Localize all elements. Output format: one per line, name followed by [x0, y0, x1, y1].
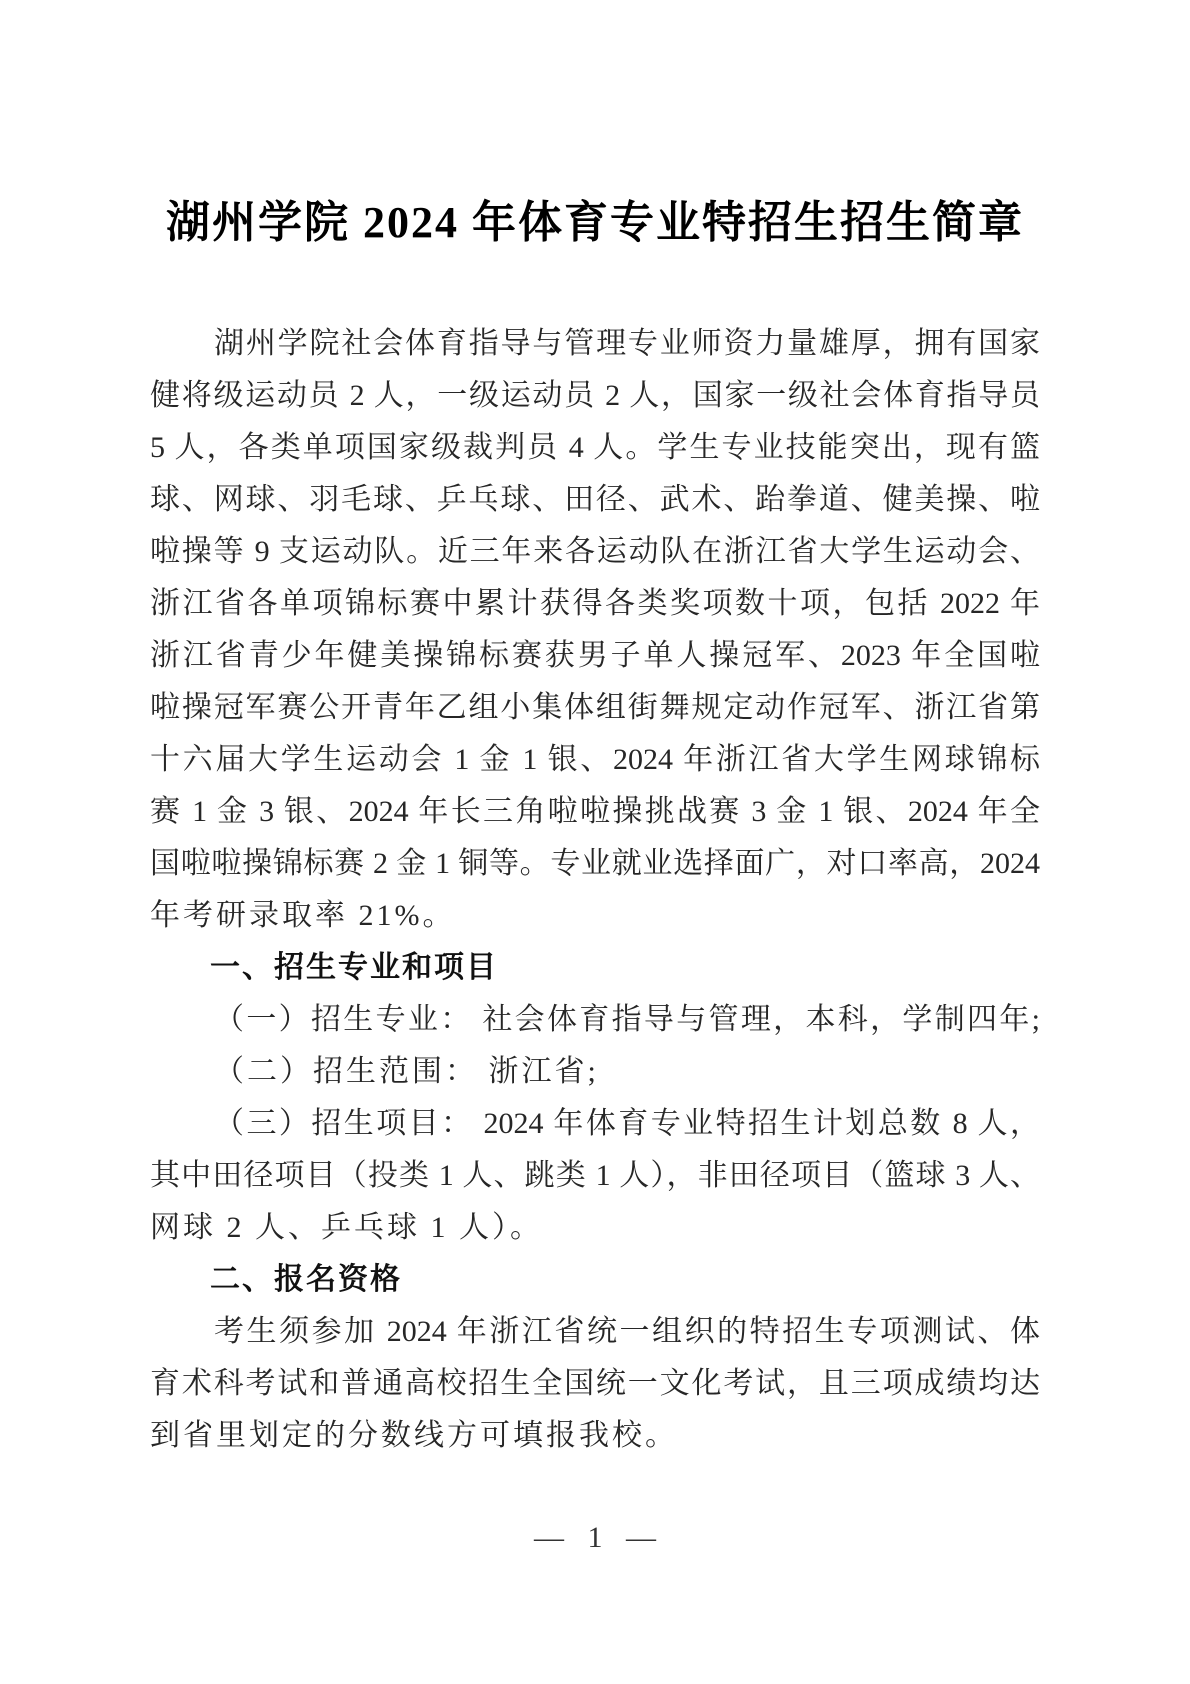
section-2-heading: 二、报名资格 [150, 1254, 1040, 1306]
intro-line: 健将级运动员 2 人，一级运动员 2 人，国家一级社会体育指导员 [150, 370, 1040, 422]
section-2-line: 到省里划定的分数线方可填报我校。 [150, 1410, 1040, 1462]
section-1-line: 网球 2 人、乒乓球 1 人）。 [150, 1202, 1040, 1254]
intro-line: 十六届大学生运动会 1 金 1 银、2024 年浙江省大学生网球锦标 [150, 734, 1040, 786]
document-body: 湖州学院社会体育指导与管理专业师资力量雄厚，拥有国家 健将级运动员 2 人，一级… [150, 318, 1040, 1462]
section-2-line: 考生须参加 2024 年浙江省统一组织的特招生专项测试、体 [150, 1306, 1040, 1358]
section-1-line: （一）招生专业： 社会体育指导与管理，本科，学制四年; [150, 994, 1040, 1046]
section-2-line: 育术科考试和普通高校招生全国统一文化考试，且三项成绩均达 [150, 1358, 1040, 1410]
page-number: — 1 — [0, 1512, 1190, 1564]
section-1-line: 其中田径项目（投类 1 人、跳类 1 人），非田径项目（篮球 3 人、 [150, 1150, 1040, 1202]
intro-line: 湖州学院社会体育指导与管理专业师资力量雄厚，拥有国家 [150, 318, 1040, 370]
intro-line: 年考研录取率 21%。 [150, 890, 1040, 942]
intro-line: 啦操等 9 支运动队。近三年来各运动队在浙江省大学生运动会、 [150, 526, 1040, 578]
intro-line: 浙江省各单项锦标赛中累计获得各类奖项数十项，包括 2022 年 [150, 578, 1040, 630]
intro-line: 球、网球、羽毛球、乒乓球、田径、武术、跆拳道、健美操、啦 [150, 474, 1040, 526]
document-page: 湖州学院 2024 年体育专业特招生招生简章 湖州学院社会体育指导与管理专业师资… [0, 0, 1190, 1684]
section-1-line: （二）招生范围： 浙江省; [150, 1046, 1040, 1098]
section-1-line: （三）招生项目： 2024 年体育专业特招生计划总数 8 人， [150, 1098, 1040, 1150]
document-title: 湖州学院 2024 年体育专业特招生招生简章 [150, 190, 1040, 256]
intro-line: 赛 1 金 3 银、2024 年长三角啦啦操挑战赛 3 金 1 银、2024 年… [150, 786, 1040, 838]
intro-line: 浙江省青少年健美操锦标赛获男子单人操冠军、2023 年全国啦 [150, 630, 1040, 682]
intro-line: 国啦啦操锦标赛 2 金 1 铜等。专业就业选择面广，对口率高，2024 [150, 838, 1040, 890]
intro-line: 5 人，各类单项国家级裁判员 4 人。学生专业技能突出，现有篮 [150, 422, 1040, 474]
intro-line: 啦操冠军赛公开青年乙组小集体组街舞规定动作冠军、浙江省第 [150, 682, 1040, 734]
section-1-heading: 一、招生专业和项目 [150, 942, 1040, 994]
